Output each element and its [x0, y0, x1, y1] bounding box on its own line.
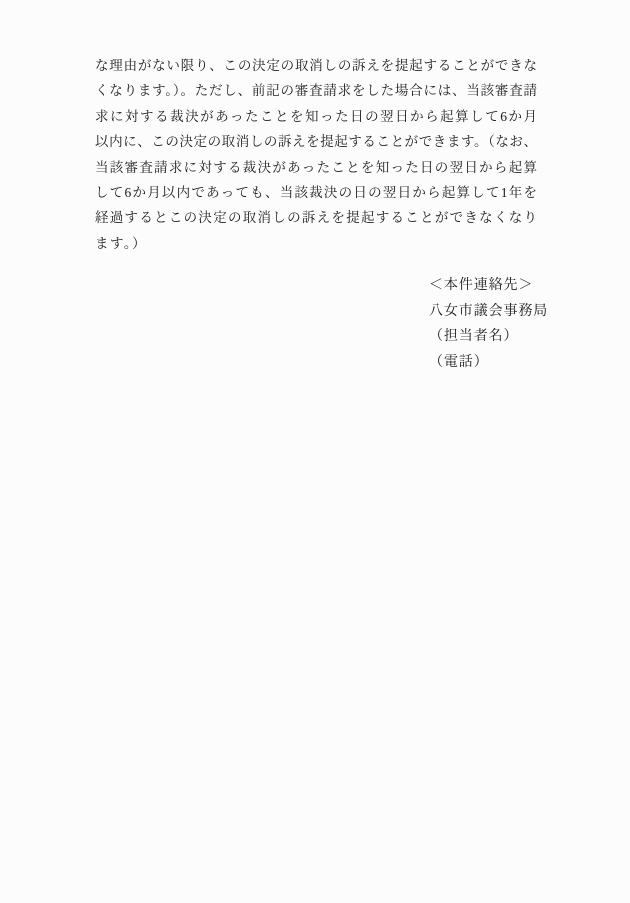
contact-heading: ＜本件連絡先＞: [429, 273, 548, 299]
paragraph-line-2: くなります。）。ただし、前記の審査請求をした場合には、当該審査請: [95, 78, 537, 103]
document-page: な理由がない限り、この決定の取消しの訴えを提起することができな くなります。）。…: [0, 0, 630, 903]
contact-line-person: （担当者名）: [429, 324, 548, 350]
paragraph-line-8: ます。）: [95, 231, 537, 256]
body-paragraph: な理由がない限り、この決定の取消しの訴えを提起することができな くなります。）。…: [95, 53, 537, 256]
paragraph-line-1: な理由がない限り、この決定の取消しの訴えを提起することができな: [95, 53, 537, 78]
paragraph-line-7: 経過するとこの決定の取消しの訴えを提起することができなくなり: [95, 205, 537, 230]
contact-line-phone: （電話）: [429, 350, 548, 376]
paragraph-line-3: 求に対する裁決があったことを知った日の翌日から起算して6か月: [95, 104, 537, 129]
paragraph-line-4: 以内に、この決定の取消しの訴えを提起することができます。（なお、: [95, 129, 537, 154]
paragraph-line-5: 当該審査請求に対する裁決があったことを知った日の翌日から起算: [95, 155, 537, 180]
contact-block: ＜本件連絡先＞ 八女市議会事務局 （担当者名） （電話）: [429, 273, 548, 376]
paragraph-line-6: して6か月以内であっても、当該裁決の日の翌日から起算して1年を: [95, 180, 537, 205]
contact-line-office: 八女市議会事務局: [429, 299, 548, 325]
